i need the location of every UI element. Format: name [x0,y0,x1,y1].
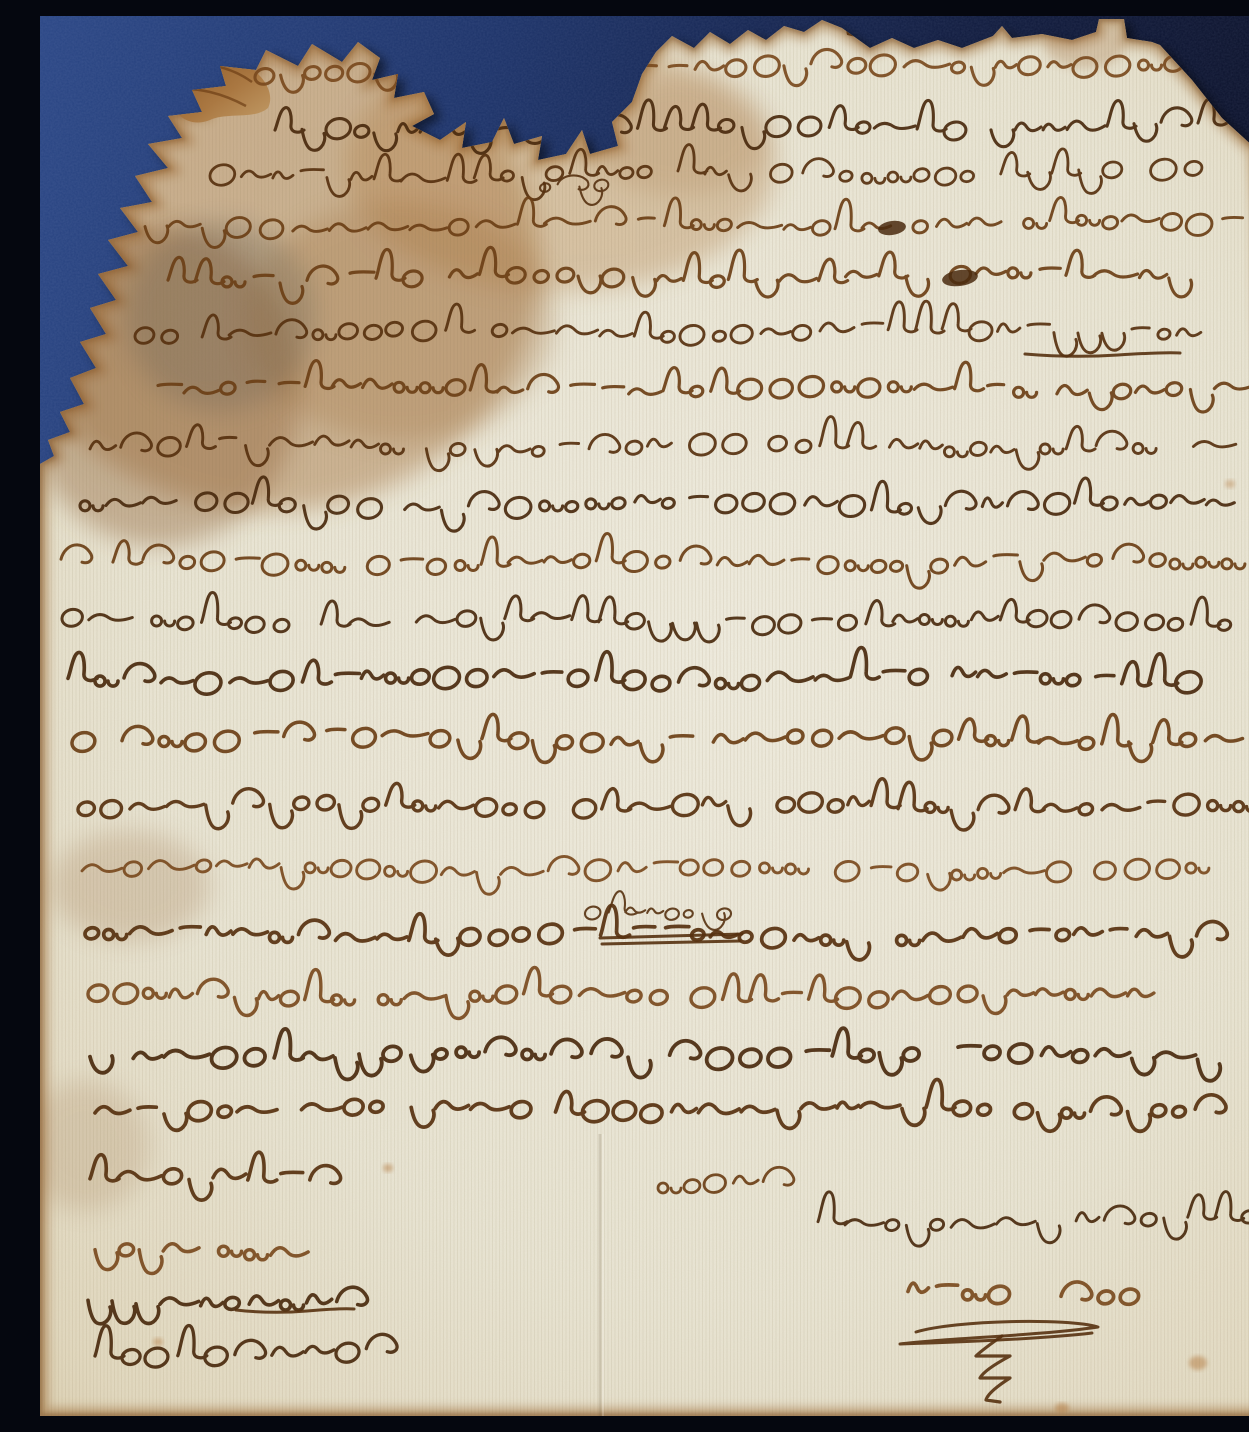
manuscript-photo [40,16,1249,1416]
manuscript-render [40,16,1249,1416]
paper-aging [40,16,1249,1416]
fold-crease [600,1134,603,1416]
paper-grain-texture [40,16,1249,1416]
